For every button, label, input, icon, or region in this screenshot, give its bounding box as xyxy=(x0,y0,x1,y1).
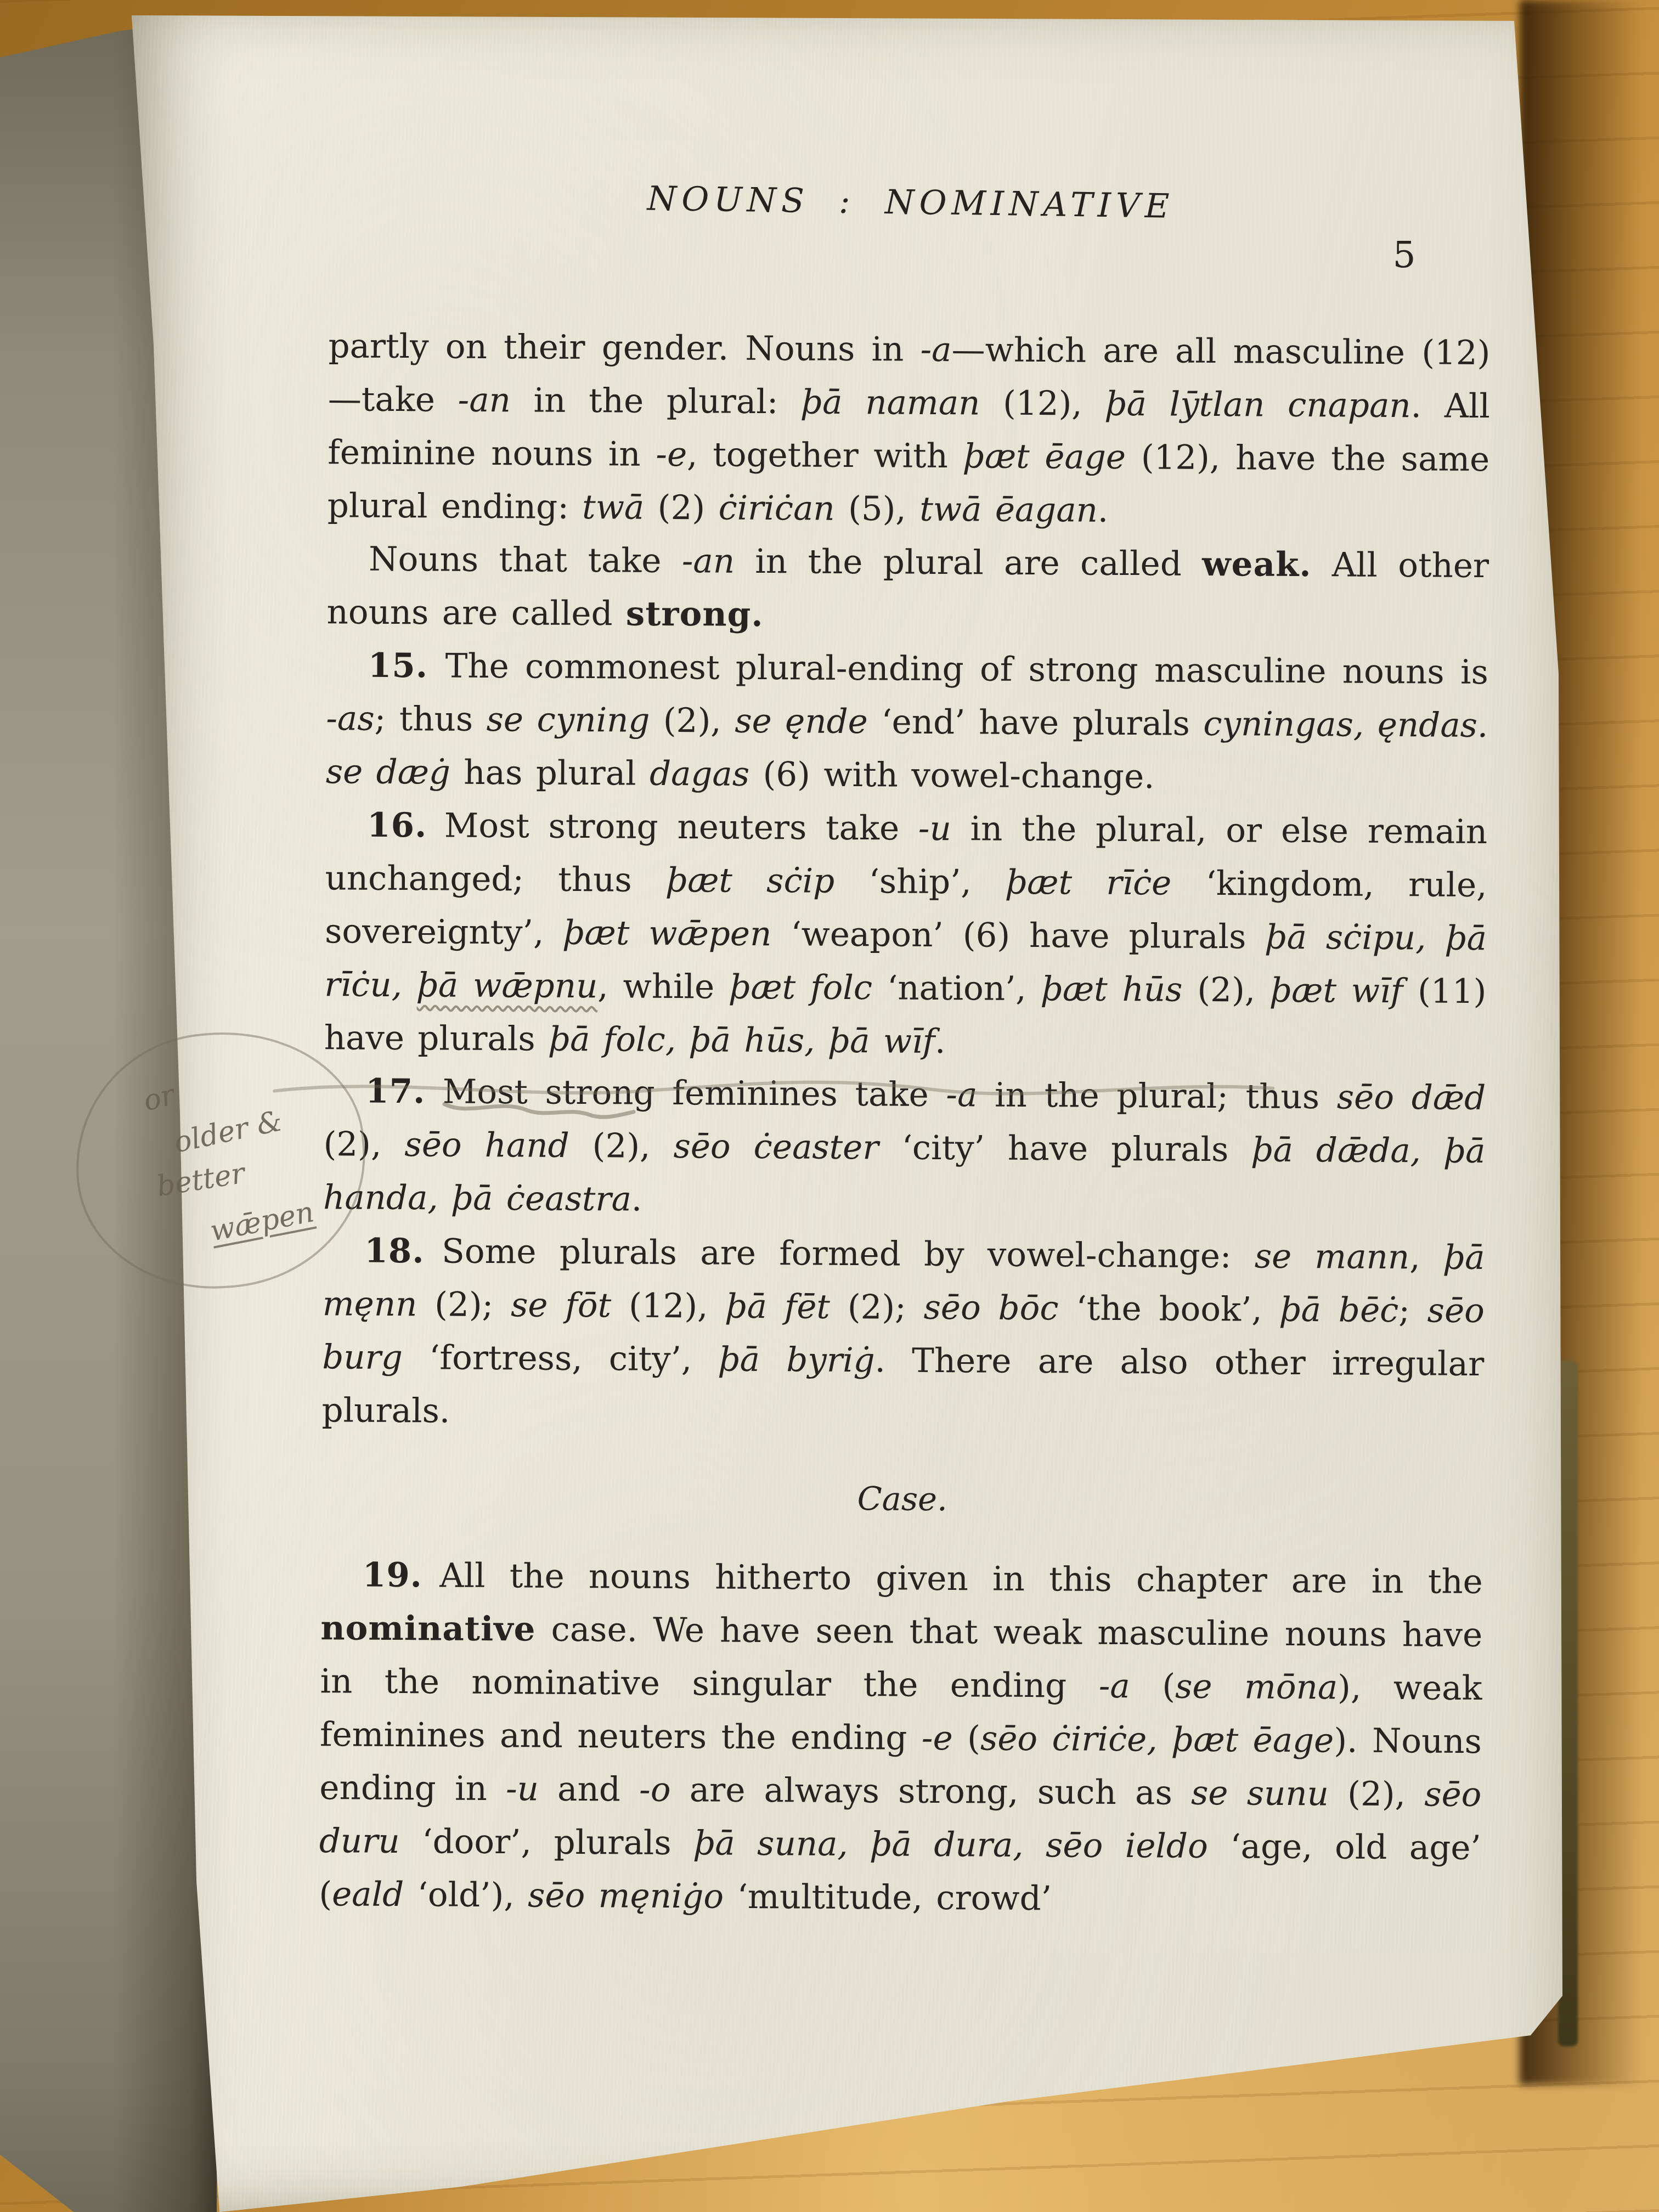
text-segment: sēo bōc xyxy=(923,1288,1058,1328)
text-segment: ‘nation’, xyxy=(872,968,1041,1008)
text-segment: twā ēagan xyxy=(919,490,1098,530)
text-segment: þā naman xyxy=(801,382,980,422)
text-segment: The commonest plural-ending of strong ma… xyxy=(445,646,1488,692)
page-content: NOUNS : NOMINATIVE 5 partly on their gen… xyxy=(125,11,1571,2212)
text-segment: cyningas, ęndas. xyxy=(1203,704,1488,745)
text-segment: se sunu xyxy=(1191,1774,1329,1814)
text-segment: and xyxy=(539,1770,640,1809)
text-segment: se mann xyxy=(1255,1237,1410,1277)
text-segment: (5), xyxy=(834,489,919,529)
text-segment: 17. xyxy=(365,1072,443,1111)
text-segment: -u xyxy=(506,1769,539,1808)
para-gender-continuation: partly on their gender. Nouns in -a—whic… xyxy=(327,319,1490,539)
text-segment: -a xyxy=(920,330,951,369)
text-segment: ‘weapon’ (6) have plurals xyxy=(771,915,1266,956)
text-segment: nominative xyxy=(320,1609,536,1649)
para-16: 16. Most strong neuters take -u in the p… xyxy=(324,798,1488,1071)
para-18: 18. Some plurals are formed by vowel-cha… xyxy=(321,1224,1485,1444)
text-segment: se dæġ xyxy=(326,752,451,792)
text-segment: -a xyxy=(946,1075,977,1114)
text-segment: . xyxy=(935,1022,946,1061)
text-segment: Some plurals are formed by vowel-change: xyxy=(442,1232,1255,1276)
text-segment: -an xyxy=(458,381,511,420)
text-segment: sēo dǣd xyxy=(1337,1077,1486,1118)
text-segment: are always strong, such as xyxy=(670,1770,1191,1813)
text-segment: þā folc, þā hūs, þā wīf xyxy=(549,1020,935,1061)
text-segment: 15. xyxy=(368,646,445,686)
text-segment: (2), xyxy=(1329,1774,1425,1814)
text-segment: sēo ċeaster xyxy=(673,1127,878,1167)
text-segment: ( xyxy=(952,1719,980,1758)
text-segment: . xyxy=(1098,491,1109,530)
text-segment: 18. xyxy=(364,1232,442,1271)
text-segment: dagas xyxy=(650,754,750,794)
text-segment: (2), xyxy=(323,1125,404,1164)
text-segment: ‘end’ have plurals xyxy=(868,702,1204,743)
text-segment: -an xyxy=(682,541,735,581)
text-segment: strong. xyxy=(626,595,764,635)
text-segment: 19. xyxy=(363,1556,440,1595)
text-segment: ‘old’), xyxy=(404,1875,528,1915)
text-segment: -a xyxy=(1099,1667,1130,1706)
para-weak-strong: Nouns that take -an in the plural are ca… xyxy=(326,532,1489,646)
para-15: 15. The commonest plural-ending of stron… xyxy=(325,639,1488,805)
text-segment: sēo hand xyxy=(404,1125,569,1165)
book-page: NOUNS : NOMINATIVE 5 partly on their gen… xyxy=(132,15,1565,2212)
text-segment: -o xyxy=(639,1770,671,1809)
text-segment: þæt ēage xyxy=(963,437,1126,477)
text-segment: þā fēt xyxy=(725,1287,830,1327)
text-segment: se mōna xyxy=(1175,1667,1338,1707)
text-segment: (2) xyxy=(644,488,719,528)
photo-of-book-page: NOUNS : NOMINATIVE 5 partly on their gen… xyxy=(0,0,1659,2212)
text-segment: þā wǣpnu xyxy=(417,966,598,1006)
text-segment: -e xyxy=(922,1719,953,1758)
text-segment: þæt sċip xyxy=(666,861,835,901)
text-segment: ‘fortress, city’, xyxy=(403,1338,719,1379)
text-segment: ‘city’ have plurals xyxy=(878,1128,1251,1169)
text-segment: (12), xyxy=(980,383,1105,423)
text-segment: in the plural; thus xyxy=(977,1075,1337,1116)
para-17: 17. Most strong feminines take -a in the… xyxy=(323,1064,1486,1231)
text-segment: (2), xyxy=(1182,970,1270,1010)
text-segment: -e xyxy=(656,435,687,474)
text-segment: ; thus xyxy=(374,699,486,739)
text-segment: þæt wǣpen xyxy=(563,913,771,953)
text-segment: (12), xyxy=(611,1286,726,1325)
text-segment: All the nouns hitherto given in this cha… xyxy=(439,1556,1483,1601)
text-segment: ċiriċan xyxy=(718,489,835,528)
text-segment: -as xyxy=(326,699,375,738)
text-segment: (2), xyxy=(569,1126,673,1166)
text-segment: partly on their gender. Nouns in xyxy=(328,326,921,369)
text-segment: sēo męniġo xyxy=(528,1876,724,1916)
text-segment: in the plural: xyxy=(511,381,802,421)
text-segment: Most strong neuters take xyxy=(444,806,919,848)
text-segment: . xyxy=(631,1180,642,1219)
case-section-heading: Case. xyxy=(321,1469,1483,1529)
text-segment: Most strong feminines take xyxy=(443,1072,946,1114)
text-segment: þæt folc xyxy=(729,968,872,1008)
text-segment: se fōt xyxy=(511,1285,612,1325)
text-segment: ; xyxy=(1398,1291,1427,1330)
running-header: NOUNS : NOMINATIVE xyxy=(329,174,1493,230)
text-segment: þā lȳtlan cnapan xyxy=(1105,385,1411,425)
text-segment: ( xyxy=(1130,1667,1176,1706)
text-segment: (2); xyxy=(830,1288,924,1327)
text-segment: Nouns that take xyxy=(369,540,682,580)
text-segment: þæt wīf xyxy=(1270,971,1403,1011)
text-segment: eald xyxy=(332,1875,404,1914)
text-segment: 16. xyxy=(367,806,444,845)
text-segment: þā bēċ xyxy=(1279,1290,1398,1330)
text-segment: þæt rīċe xyxy=(1006,863,1172,903)
text-segment: (2); xyxy=(417,1285,511,1324)
text-block: partly on their gender. Nouns in -a—whic… xyxy=(319,319,1491,1928)
text-segment: sēo ċiriċe, þæt ēage xyxy=(980,1719,1334,1760)
text-segment: ‘ship’, xyxy=(834,862,1006,902)
text-segment: se cyning xyxy=(486,700,650,740)
text-segment: , xyxy=(1409,1238,1443,1277)
text-segment: þā suna, þā dura, sēo ieldo xyxy=(693,1824,1208,1866)
text-segment: ‘multitude, crowd’ xyxy=(724,1877,1052,1918)
text-segment: -u xyxy=(918,809,951,848)
text-segment: þā byriġ xyxy=(718,1340,874,1380)
text-segment: þæt hūs xyxy=(1041,969,1183,1009)
text-segment: ‘the book’, xyxy=(1058,1289,1280,1329)
text-segment: ‘door’, plurals xyxy=(399,1822,693,1863)
text-segment: weak. xyxy=(1202,545,1312,584)
text-segment: in the plural are called xyxy=(735,542,1203,584)
page-number: 5 xyxy=(1371,234,1437,276)
text-segment: , while xyxy=(597,967,729,1006)
text-segment: (6) with vowel-change. xyxy=(749,755,1155,797)
para-19: 19. All the nouns hitherto given in this… xyxy=(319,1548,1483,1928)
text-segment: se ęnde xyxy=(735,702,868,741)
text-segment: twā xyxy=(582,488,645,527)
text-segment: , together with xyxy=(687,435,963,476)
text-segment: (2), xyxy=(650,701,735,741)
text-segment: has plural xyxy=(450,753,650,793)
